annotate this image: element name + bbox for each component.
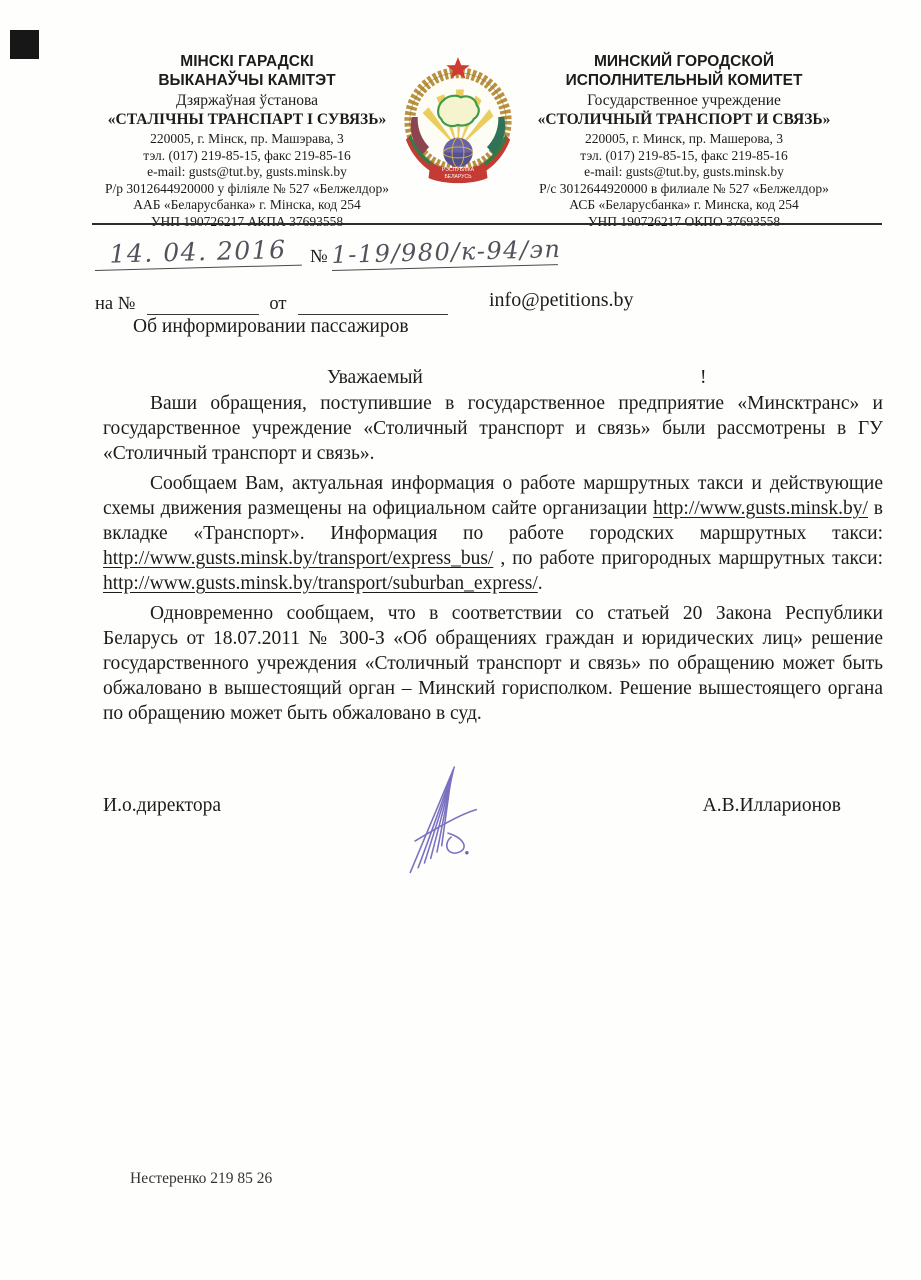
phone-ru: тэл. (017) 219-85-15, факс 219-85-16 (496, 148, 872, 165)
email-ru: e-mail: gusts@tut.by, gusts.minsk.by (496, 164, 872, 181)
recipient-email: info@petitions.by (489, 289, 634, 312)
salutation-row: Уважаемый ! (103, 367, 883, 389)
subject-line: Об информировании пассажиров (133, 316, 409, 338)
salutation-exclamation: ! (700, 367, 707, 389)
phone-by: тэл. (017) 219-85-15, факс 219-85-16 (72, 148, 422, 165)
committee-name-ru: МИНСКИЙ ГОРОДСКОЙ ИСПОЛНИТЕЛЬНЫЙ КОМИТЕТ (558, 52, 810, 90)
email-by: e-mail: gusts@tut.by, gusts.minsk.by (72, 164, 422, 181)
executor-footer: Нестеренко 219 85 26 (130, 1170, 272, 1188)
address-by: 220005, г. Мінск, пр. Машэрава, 3 (72, 131, 422, 148)
letterhead-right: МИНСКИЙ ГОРОДСКОЙ ИСПОЛНИТЕЛЬНЫЙ КОМИТЕТ… (496, 52, 872, 230)
letterhead-left: МІНСКІ ГАРАДСКІ ВЫКАНАЎЧЫ КАМІТЭТ Дзяржа… (72, 52, 422, 230)
handwritten-date: 14. 04. 2016 (94, 235, 302, 271)
letter-page: МІНСКІ ГАРАДСКІ ВЫКАНАЎЧЫ КАМІТЭТ Дзяржа… (0, 0, 921, 1280)
reply-ot-label: от (269, 294, 286, 314)
number-sign-label: № (310, 247, 328, 271)
reply-na-label: на № (95, 294, 135, 314)
handwritten-signature-icon (398, 764, 498, 874)
registration-ids-ru: УНП 190726217 ОКПО 37693558 (496, 214, 872, 231)
body-paragraph-1: Ваши обращения, поступившие в государств… (103, 391, 883, 466)
express-bus-link[interactable]: http://www.gusts.minsk.by/transport/expr… (103, 548, 493, 569)
bank-account-ru: Р/с 3012644920000 в филиале № 527 «Белже… (496, 181, 872, 198)
address-ru: 220005, г. Минск, пр. Машерова, 3 (496, 131, 872, 148)
bank-ru: АСБ «Беларусбанка» г. Минска, код 254 (496, 197, 872, 214)
signer-name: А.В.Илларионов (703, 795, 841, 817)
reply-number-blank (147, 297, 259, 315)
institution-type-by: Дзяржаўная ўстанова (72, 92, 422, 110)
emblem-ribbon-text-line2: БЕЛАРУСЬ (444, 174, 472, 180)
committee-name-by: МІНСКІ ГАРАДСКІ ВЫКАНАЎЧЫ КАМІТЭТ (131, 52, 363, 90)
emblem-ribbon-text-line1: РЭСПУБЛІКА (442, 167, 475, 173)
registration-ids-by: УНП 190726217 АКПА 37693558 (72, 214, 422, 231)
outgoing-reference-row: 14. 04. 2016№1-19/980/к-94/эп (95, 240, 558, 271)
org-name-ru: «СТОЛИЧНЫЙ ТРАНСПОРТ И СВЯЗЬ» (496, 110, 872, 129)
bank-account-by: Р/р 3012644920000 у філіяле № 527 «Белже… (72, 181, 422, 198)
signer-position: И.о.директора (103, 795, 221, 817)
site-root-link[interactable]: http://www.gusts.minsk.by/ (653, 498, 868, 519)
institution-type-ru: Государственное учреждение (496, 92, 872, 110)
reply-reference-row: на №от (95, 294, 448, 315)
p2-text-4: . (538, 573, 543, 594)
bank-by: ААБ «Беларусбанка» г. Мінска, код 254 (72, 197, 422, 214)
p2-text-3: , по работе пригородных маршрутных такси… (493, 548, 883, 569)
scan-artifact-square (10, 30, 39, 59)
handwritten-outgoing-number: 1-19/980/к-94/эп (331, 235, 558, 271)
org-name-by: «СТАЛІЧНЫ ТРАНСПАРТ І СУВЯЗЬ» (72, 110, 422, 129)
reply-date-blank (298, 297, 448, 315)
letterhead-divider (92, 223, 882, 225)
suburban-express-link[interactable]: http://www.gusts.minsk.by/transport/subu… (103, 573, 538, 594)
salutation-text: Уважаемый (327, 367, 423, 388)
letter-body: Ваши обращения, поступившие в государств… (103, 391, 883, 731)
body-paragraph-2: Сообщаем Вам, актуальная информация о ра… (103, 471, 883, 596)
body-paragraph-3: Одновременно сообщаем, что в соответстви… (103, 601, 883, 726)
